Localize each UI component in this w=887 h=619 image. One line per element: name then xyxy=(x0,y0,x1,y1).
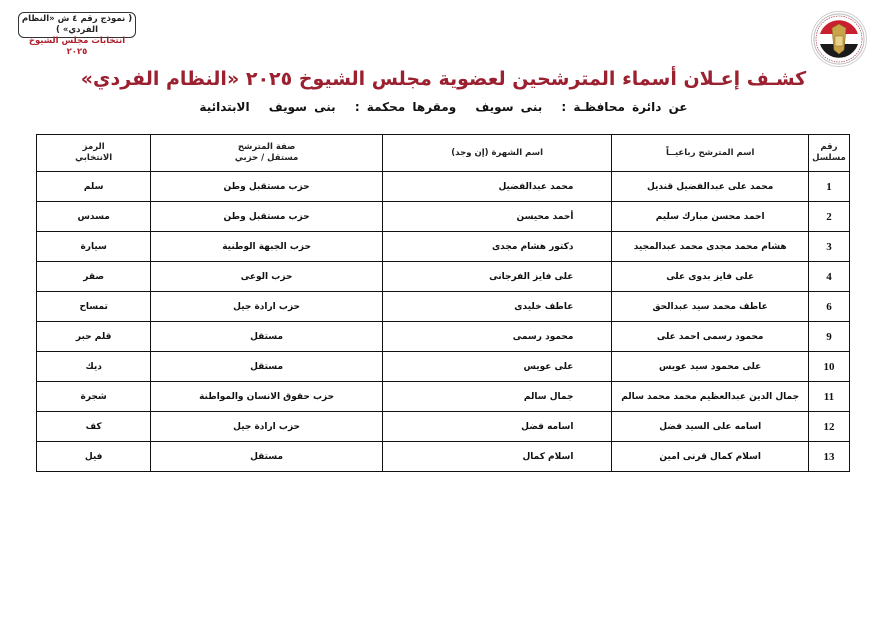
symbol-cell: صقر xyxy=(37,262,151,292)
table-row: 11 جمال الدين عبدالعظيم محمد محمد سالم ج… xyxy=(37,382,850,412)
serial-cell: 2 xyxy=(808,202,849,232)
court-value: بنى سويف xyxy=(269,100,336,114)
page-title: كشـف إعـلان أسماء المترشحين لعضوية مجلس … xyxy=(0,68,887,90)
full-name-cell: اسامه على السيد فضل xyxy=(612,412,808,442)
fame-name-cell: على عويس xyxy=(382,352,612,382)
full-name-cell: محمد على عبدالفضيل قنديل xyxy=(612,172,808,202)
serial-cell: 13 xyxy=(808,442,849,472)
symbol-cell: سلم xyxy=(37,172,151,202)
district-label: عن دائرة محافظـة : xyxy=(561,100,687,114)
elections-authority-logo-icon xyxy=(811,11,867,67)
full-name-cell: هشام محمد مجدى محمد عبدالمجيد xyxy=(612,232,808,262)
symbol-cell: فيل xyxy=(37,442,151,472)
district-info: عن دائرة محافظـة : بنى سويف ومقرها محكمة… xyxy=(0,100,887,114)
status-cell: مستقل xyxy=(151,352,383,382)
district-value: بنى سويف xyxy=(475,100,542,114)
status-cell: حزب ارادة جيل xyxy=(151,292,383,322)
candidates-table: رقم مسلسل اسم المترشح رباعيــاً اسم الشه… xyxy=(36,134,850,472)
full-name-cell: عاطف محمد سيد عبدالحق xyxy=(612,292,808,322)
column-header-full-name: اسم المترشح رباعيــاً xyxy=(612,135,808,172)
table-row: 10 على محمود سيد عويس على عويس مستقل ديك xyxy=(37,352,850,382)
symbol-cell: شجرة xyxy=(37,382,151,412)
table-row: 13 اسلام كمال قرنى امين اسلام كمال مستقل… xyxy=(37,442,850,472)
full-name-cell: جمال الدين عبدالعظيم محمد محمد سالم xyxy=(612,382,808,412)
symbol-cell: مسدس xyxy=(37,202,151,232)
fame-name-cell: جمال سالم xyxy=(382,382,612,412)
table-header-row: رقم مسلسل اسم المترشح رباعيــاً اسم الشه… xyxy=(37,135,850,172)
court-type: الابتدائية xyxy=(199,100,249,114)
full-name-cell: على فايز بدوى على xyxy=(612,262,808,292)
election-name-label: انتخابات مجلس الشيوخ ٢٠٢٥ xyxy=(19,36,135,58)
status-cell: حزب ارادة جيل xyxy=(151,412,383,442)
column-header-symbol: الرمز الانتخابي xyxy=(37,135,151,172)
status-cell: حزب الوعى xyxy=(151,262,383,292)
column-header-fame-name: اسم الشهرة (إن وجد) xyxy=(382,135,612,172)
column-header-status: صفة المترشح مستقل / حزبي xyxy=(151,135,383,172)
serial-cell: 11 xyxy=(808,382,849,412)
serial-cell: 6 xyxy=(808,292,849,322)
status-cell: حزب مستقبل وطن xyxy=(151,202,383,232)
fame-name-cell: على فايز الفرجانى xyxy=(382,262,612,292)
table-row: 12 اسامه على السيد فضل اسامه فضل حزب ارا… xyxy=(37,412,850,442)
table-row: 3 هشام محمد مجدى محمد عبدالمجيد دكتور هش… xyxy=(37,232,850,262)
fame-name-cell: محمد عبدالفضيل xyxy=(382,172,612,202)
symbol-cell: قلم حبر xyxy=(37,322,151,352)
serial-cell: 4 xyxy=(808,262,849,292)
form-number-box: ( نموذج رقم ٤ ش «النظام الفردي» ) انتخاب… xyxy=(18,12,136,38)
table-row: 6 عاطف محمد سيد عبدالحق عاطف خليدى حزب ا… xyxy=(37,292,850,322)
serial-cell: 10 xyxy=(808,352,849,382)
symbol-cell: ديك xyxy=(37,352,151,382)
table-row: 9 محمود رسمى احمد على محمود رسمى مستقل ق… xyxy=(37,322,850,352)
fame-name-cell: أحمد محيسن xyxy=(382,202,612,232)
serial-cell: 12 xyxy=(808,412,849,442)
fame-name-cell: اسلام كمال xyxy=(382,442,612,472)
fame-name-cell: عاطف خليدى xyxy=(382,292,612,322)
status-cell: حزب حقوق الانسان والمواطنة xyxy=(151,382,383,412)
full-name-cell: احمد محسن مبارك سليم xyxy=(612,202,808,232)
table-row: 1 محمد على عبدالفضيل قنديل محمد عبدالفضي… xyxy=(37,172,850,202)
serial-cell: 9 xyxy=(808,322,849,352)
form-number-label: ( نموذج رقم ٤ ش «النظام الفردي» ) xyxy=(19,14,135,36)
status-cell: حزب الجبهة الوطنية xyxy=(151,232,383,262)
full-name-cell: على محمود سيد عويس xyxy=(612,352,808,382)
court-label: ومقرها محكمة : xyxy=(355,100,456,114)
symbol-cell: سيارة xyxy=(37,232,151,262)
full-name-cell: محمود رسمى احمد على xyxy=(612,322,808,352)
status-cell: مستقل xyxy=(151,322,383,352)
serial-cell: 1 xyxy=(808,172,849,202)
column-header-serial: رقم مسلسل xyxy=(808,135,849,172)
symbol-cell: كف xyxy=(37,412,151,442)
serial-cell: 3 xyxy=(808,232,849,262)
symbol-cell: تمساح xyxy=(37,292,151,322)
fame-name-cell: محمود رسمى xyxy=(382,322,612,352)
status-cell: مستقل xyxy=(151,442,383,472)
fame-name-cell: دكتور هشام مجدى xyxy=(382,232,612,262)
table-row: 4 على فايز بدوى على على فايز الفرجانى حز… xyxy=(37,262,850,292)
full-name-cell: اسلام كمال قرنى امين xyxy=(612,442,808,472)
table-row: 2 احمد محسن مبارك سليم أحمد محيسن حزب مس… xyxy=(37,202,850,232)
fame-name-cell: اسامه فضل xyxy=(382,412,612,442)
status-cell: حزب مستقبل وطن xyxy=(151,172,383,202)
